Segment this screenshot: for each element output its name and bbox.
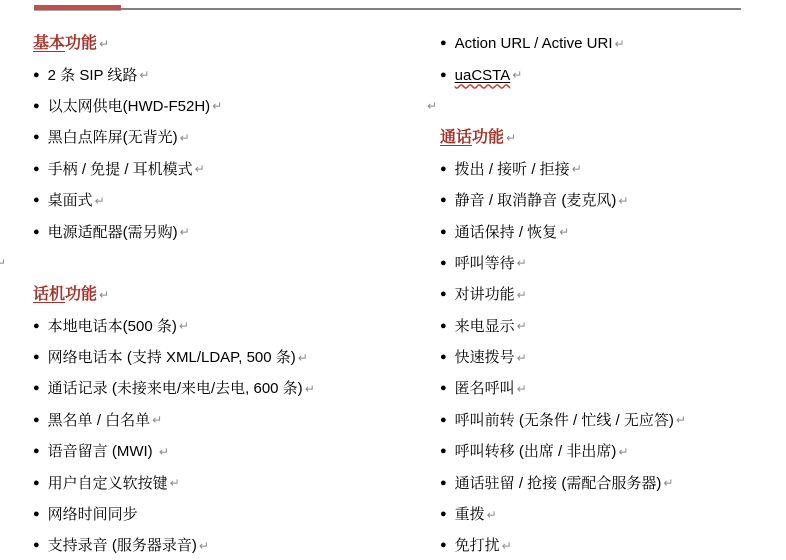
bullet-icon: ● (440, 540, 447, 551)
feature-text: 来电显示 (455, 319, 515, 334)
bullet-icon: ● (440, 195, 447, 206)
bullet-icon: ● (440, 446, 447, 457)
paragraph-mark-icon: ↵ (502, 540, 512, 552)
feature-text: 匿名呼叫 (455, 381, 515, 396)
paragraph-mark-icon: ↵ (179, 320, 189, 332)
feature-item: ● 免打扰 ↵ (440, 530, 686, 560)
feature-text: 拨出 / 接听 / 拒接 (455, 162, 570, 177)
top-rule-red-segment (34, 5, 121, 11)
features-right-column: ● Action URL / Active URI ↵ ● uaCSTA ↵ ↵… (440, 28, 686, 560)
feature-text: uaCSTA (455, 68, 511, 83)
feature-text: 通话记录 (未接来电/来电/去电, 600 条) (48, 381, 303, 396)
feature-text: 通话保持 / 恢复 (455, 225, 558, 240)
features-left-column: 基本功能 ↵ ● 2 条 SIP 线路 ↵ ● 以太网供电(HWD-F52H) … (33, 28, 315, 560)
paragraph-mark-icon: ↵ (180, 226, 190, 238)
feature-item: ● 对讲功能 ↵ (440, 279, 686, 310)
bullet-icon: ● (440, 38, 447, 49)
feature-text: 桌面式 (48, 193, 93, 208)
paragraph-mark-icon: ↵ (663, 477, 673, 489)
feature-text: 电源适配器(需另购) (48, 225, 178, 240)
paragraph-mark-icon: ↵ (618, 195, 628, 207)
feature-item: ● 手柄 / 免提 / 耳机模式 ↵ (33, 154, 315, 185)
paragraph-mark-icon: ↵ (298, 352, 308, 364)
paragraph-mark-icon: ↵ (195, 163, 205, 175)
paragraph-mark-icon: ↵ (517, 257, 527, 269)
feature-item: ● 呼叫转移 (出席 / 非出席) ↵ (440, 436, 686, 467)
bullet-icon: ● (440, 415, 447, 426)
bullet-icon: ● (440, 321, 447, 332)
feature-item: ● 静音 / 取消静音 (麦克风) ↵ (440, 185, 686, 216)
bullet-icon: ● (33, 352, 40, 363)
document-page: { "chars": { "bullet": "●", "pilcrow": "… (0, 0, 786, 560)
bullet-icon: ● (440, 352, 447, 363)
feature-item: ● 支持录音 (服务器录音) ↵ (33, 530, 315, 560)
feature-item: ● 通话保持 / 恢复 ↵ (440, 216, 686, 247)
paragraph-mark-icon: ↵ (427, 100, 437, 112)
feature-item: ● 通话驻留 / 抢接 (需配合服务器) ↵ (440, 467, 686, 498)
feature-item: ● 语音留言 (MWI) ↵ (33, 436, 315, 467)
bullet-icon: ● (440, 289, 447, 300)
paragraph-mark-icon: ↵ (0, 257, 6, 269)
section-heading-basic-features: 基本功能 ↵ (33, 28, 315, 59)
feature-item: ● 网络时间同步 (33, 499, 315, 530)
bullet-icon: ● (33, 446, 40, 457)
bullet-icon: ● (33, 415, 40, 426)
feature-text: 通话驻留 / 抢接 (需配合服务器) (455, 476, 662, 491)
paragraph-mark-icon: ↵ (517, 383, 527, 395)
section-heading-call-features: 通话功能 ↵ (440, 122, 686, 153)
paragraph-mark-icon: ↵ (305, 383, 315, 395)
paragraph-mark-icon: ↵ (517, 352, 527, 364)
feature-text: 对讲功能 (455, 287, 515, 302)
bullet-icon: ● (440, 383, 447, 394)
feature-item: ● 来电显示 ↵ (440, 311, 686, 342)
feature-text: 重拨 (455, 507, 485, 522)
bullet-icon: ● (33, 478, 40, 489)
bullet-icon: ● (440, 509, 447, 520)
feature-item: ● 呼叫前转 (无条件 / 忙线 / 无应答) ↵ (440, 405, 686, 436)
paragraph-mark-icon: ↵ (212, 100, 222, 112)
feature-item: ● 黑白点阵屏(无背光) ↵ (33, 122, 315, 153)
paragraph-mark-icon: ↵ (618, 446, 628, 458)
feature-text: 快速拨号 (455, 350, 515, 365)
bullet-icon: ● (33, 132, 40, 143)
feature-text: 呼叫转移 (出席 / 非出席) (455, 444, 617, 459)
feature-text: 免打扰 (455, 538, 500, 553)
feature-item: ● uaCSTA ↵ (440, 59, 686, 90)
feature-text: 网络时间同步 (48, 507, 138, 522)
feature-text: Action URL / Active URI (455, 36, 613, 51)
bullet-icon: ● (33, 195, 40, 206)
feature-item: ● 通话记录 (未接来电/来电/去电, 600 条) ↵ (33, 373, 315, 404)
paragraph-mark-icon: ↵ (559, 226, 569, 238)
bullet-icon: ● (33, 101, 40, 112)
section-heading-phone-features: 话机功能 ↵ (33, 279, 315, 310)
bullet-icon: ● (33, 383, 40, 394)
paragraph-mark-icon: ↵ (180, 132, 190, 144)
spellcheck-underlined-text: uaCSTA (455, 67, 511, 84)
feature-text: 语音留言 (MWI) (48, 444, 157, 459)
feature-item: ● 重拨 ↵ (440, 499, 686, 530)
feature-text: 本地电话本(500 条) (48, 319, 177, 334)
paragraph-mark-icon: ↵ (99, 289, 109, 301)
feature-item: ● 呼叫等待 ↵ (440, 248, 686, 279)
bullet-icon: ● (33, 164, 40, 175)
feature-text: 手柄 / 免提 / 耳机模式 (48, 162, 193, 177)
bullet-icon: ● (440, 70, 447, 81)
bullet-icon: ● (33, 509, 40, 520)
empty-paragraph: ↵ (440, 91, 686, 122)
bullet-icon: ● (33, 70, 40, 81)
feature-text: 2 条 SIP 线路 (48, 68, 138, 83)
paragraph-mark-icon: ↵ (506, 132, 516, 144)
paragraph-mark-icon: ↵ (139, 69, 149, 81)
section-heading-text: 基本功能 (33, 36, 97, 52)
paragraph-mark-icon: ↵ (170, 477, 180, 489)
feature-item: ● 拨出 / 接听 / 拒接 ↵ (440, 154, 686, 185)
paragraph-mark-icon: ↵ (572, 163, 582, 175)
feature-item: ● 黑名单 / 白名单 ↵ (33, 405, 315, 436)
top-rule-gray-line (34, 8, 741, 10)
bullet-icon: ● (440, 478, 447, 489)
empty-paragraph: ↵ (33, 248, 315, 279)
feature-item: ● 2 条 SIP 线路 ↵ (33, 59, 315, 90)
paragraph-mark-icon: ↵ (615, 38, 625, 50)
section-heading-text: 通话功能 (440, 130, 504, 146)
feature-item: ● 电源适配器(需另购) ↵ (33, 216, 315, 247)
feature-item: ● 快速拨号 ↵ (440, 342, 686, 373)
paragraph-mark-icon: ↵ (159, 446, 169, 458)
feature-item: ● 本地电话本(500 条) ↵ (33, 311, 315, 342)
paragraph-mark-icon: ↵ (152, 414, 162, 426)
feature-text: 呼叫等待 (455, 256, 515, 271)
feature-item: ● 以太网供电(HWD-F52H) ↵ (33, 91, 315, 122)
feature-text: 静音 / 取消静音 (麦克风) (455, 193, 617, 208)
bullet-icon: ● (33, 540, 40, 551)
feature-item: ● 用户自定义软按键 ↵ (33, 467, 315, 498)
bullet-icon: ● (440, 227, 447, 238)
section-heading-text: 话机功能 (33, 287, 97, 303)
feature-item: ● Action URL / Active URI ↵ (440, 28, 686, 59)
feature-text: 支持录音 (服务器录音) (48, 538, 197, 553)
bullet-icon: ● (33, 227, 40, 238)
feature-item: ● 匿名呼叫 ↵ (440, 373, 686, 404)
feature-text: 黑白点阵屏(无背光) (48, 130, 178, 145)
feature-text: 网络电话本 (支持 XML/LDAP, 500 条) (48, 350, 296, 365)
feature-item: ● 桌面式 ↵ (33, 185, 315, 216)
feature-text: 呼叫前转 (无条件 / 忙线 / 无应答) (455, 413, 674, 428)
feature-text: 以太网供电(HWD-F52H) (48, 99, 211, 114)
feature-item: ● 网络电话本 (支持 XML/LDAP, 500 条) ↵ (33, 342, 315, 373)
paragraph-mark-icon: ↵ (517, 320, 527, 332)
paragraph-mark-icon: ↵ (512, 69, 522, 81)
paragraph-mark-icon: ↵ (517, 289, 527, 301)
bullet-icon: ● (440, 164, 447, 175)
paragraph-mark-icon: ↵ (487, 509, 497, 521)
paragraph-mark-icon: ↵ (95, 195, 105, 207)
bullet-icon: ● (440, 258, 447, 269)
bullet-icon: ● (33, 321, 40, 332)
feature-text: 黑名单 / 白名单 (48, 413, 151, 428)
paragraph-mark-icon: ↵ (676, 414, 686, 426)
feature-text: 用户自定义软按键 (48, 476, 168, 491)
paragraph-mark-icon: ↵ (199, 540, 209, 552)
paragraph-mark-icon: ↵ (99, 38, 109, 50)
